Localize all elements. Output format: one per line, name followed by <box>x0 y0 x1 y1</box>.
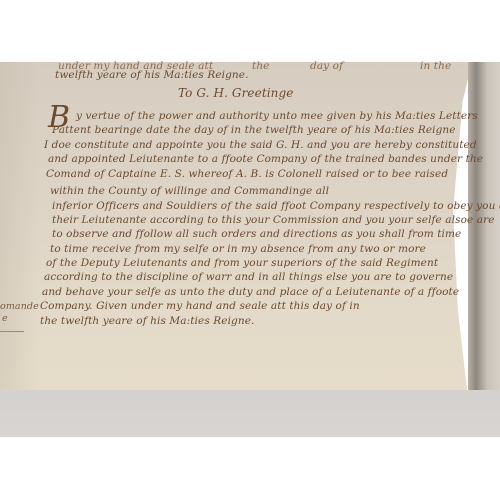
body-line: their Leiutenante according to this your… <box>52 214 495 226</box>
margin-fragment: e <box>2 313 8 324</box>
body-line: the twelfth yeare of his Ma:ties Reigne. <box>40 315 254 327</box>
top-background <box>0 0 500 62</box>
body-line: Company. Given under my hand and seale a… <box>40 300 360 312</box>
top-fragment-text: in the <box>420 60 451 72</box>
body-line: and behave your selfe as unto the duty a… <box>42 286 459 298</box>
body-line: Pattent bearinge date the day of in the … <box>52 124 456 136</box>
top-fragment-reign-line: twelfth yeare of his Ma:ties Reigne. <box>55 69 249 81</box>
top-fragment-text: the <box>252 60 270 72</box>
body-line: to observe and ffollow all such orders a… <box>52 228 461 240</box>
body-line: according to the discipline of warr and … <box>44 271 453 283</box>
bottom-background <box>0 437 500 500</box>
body-line: of the Deputy Leiutenants and from your … <box>46 257 438 269</box>
body-line: and appointed Leiutenante to a ffoote Co… <box>48 153 483 165</box>
body-line: within the County of willinge and Comman… <box>50 185 329 197</box>
top-fragment-text: day of <box>310 60 343 72</box>
salutation: To G. H. Greetinge <box>178 86 294 100</box>
paper-shading <box>0 62 40 392</box>
margin-rule <box>0 331 24 332</box>
body-line: I doe constitute and appointe you the sa… <box>44 139 477 151</box>
body-line: y vertue of the power and authority unto… <box>76 110 478 122</box>
body-line: to time receive from my selfe or in my a… <box>50 243 426 255</box>
body-line: Comand of Captaine E. S. whereof A. B. i… <box>46 168 448 180</box>
body-line: inferior Officers and Souldiers of the s… <box>52 200 500 212</box>
margin-fragment: omande <box>0 301 39 312</box>
